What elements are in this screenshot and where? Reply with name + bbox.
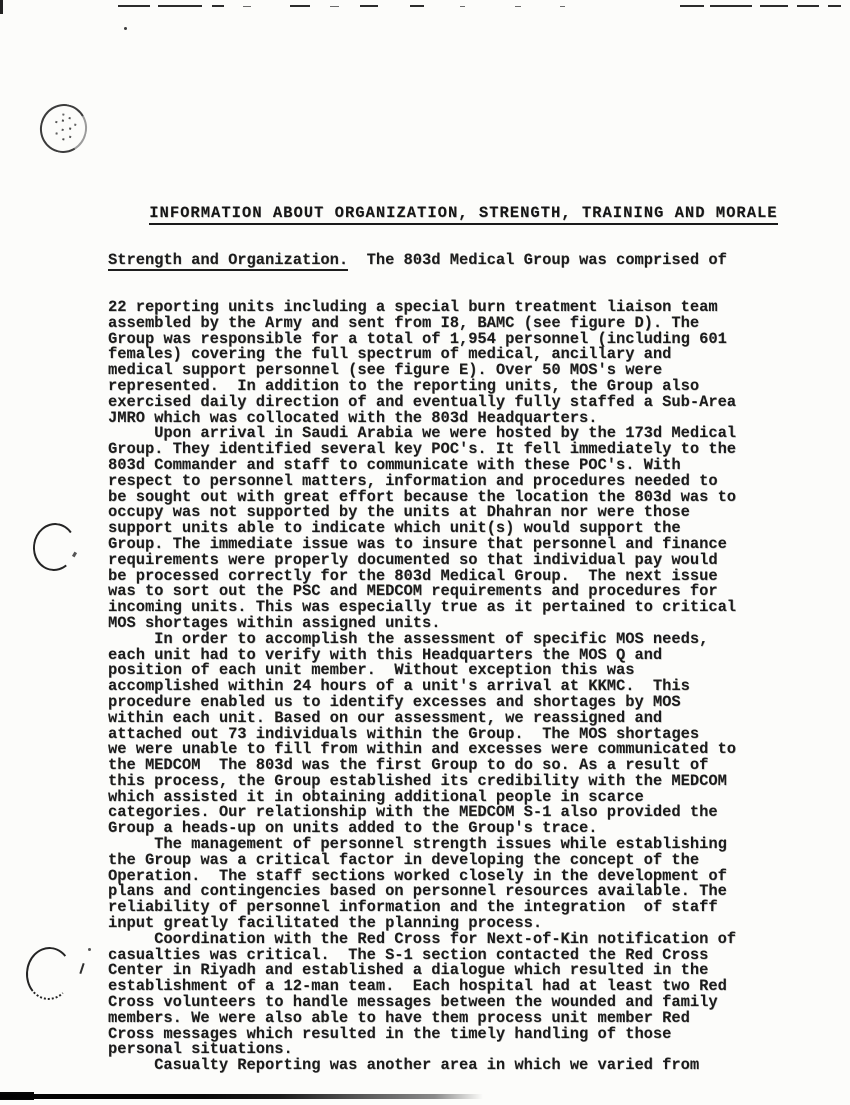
scan-artifact-dash: [410, 5, 424, 7]
scan-artifact-dash: [797, 5, 819, 7]
scan-artifact-edge-sliver: [0, 0, 3, 14]
scanned-document-page: INFORMATION ABOUT ORGANIZATION, STRENGTH…: [0, 0, 850, 1105]
scan-artifact-dash: [158, 5, 202, 7]
document-body: Strength and Organization. The 803d Medi…: [108, 221, 773, 1105]
scan-artifact-dash: [760, 5, 788, 7]
circular-stamp-mark: [35, 99, 92, 158]
scan-artifact-dash: [560, 6, 565, 7]
scan-artifact-bottom-line: [0, 1094, 483, 1099]
section-heading-rest: The 803d Medical Group was comprised of: [348, 251, 727, 269]
scan-artifact-dash: [680, 5, 704, 7]
open-circle-pen-mark-lower: [24, 945, 74, 1001]
pen-speck: [72, 552, 77, 558]
scan-artifact-dash: [290, 5, 310, 7]
scan-artifact-dash: [212, 5, 224, 7]
scan-artifact-dash: [828, 5, 841, 7]
scan-artifact-speck: [124, 27, 127, 30]
scan-artifact-dash: [710, 5, 752, 7]
body-first-line: Strength and Organization. The 803d Medi…: [108, 253, 773, 269]
scan-artifact-dash: [460, 6, 465, 7]
scan-artifact-dash: [330, 6, 339, 7]
scan-artifact-dash: [360, 5, 378, 7]
section-heading: Strength and Organization.: [108, 251, 348, 271]
stamp-grain-dots: [62, 119, 64, 121]
body-lines: 22 reporting units including a special b…: [108, 300, 773, 1074]
pen-slash-mark: [79, 963, 84, 974]
scan-artifact-dash: [243, 6, 251, 7]
open-circle-pen-mark-upper: [30, 520, 79, 574]
scan-artifact-dash: [118, 5, 150, 7]
scan-artifact-dash: [515, 6, 521, 7]
pen-speck: [88, 948, 91, 951]
